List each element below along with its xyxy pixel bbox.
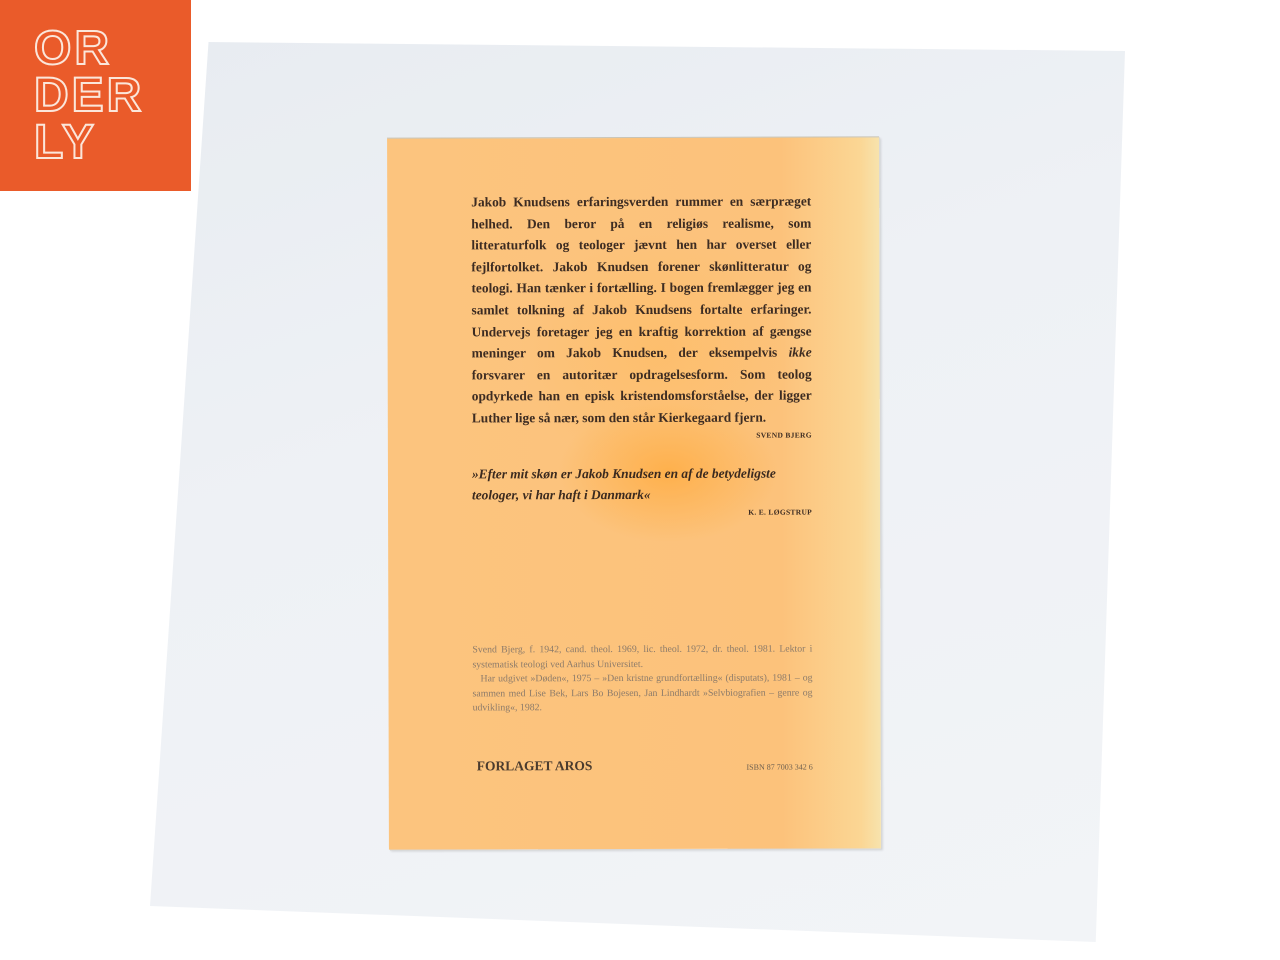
logo-line-2: DER: [34, 72, 191, 119]
product-photo: OR DER LY Jakob Knudsens erfaringsverden…: [0, 0, 1280, 960]
cover-footer: FORLAGET AROS ISBN 87 7003 342 6: [477, 758, 813, 775]
logo-line-3: LY: [34, 119, 191, 166]
blurb-section: Jakob Knudsens erfaringsverden rummer en…: [471, 191, 812, 518]
blurb-signature: SVEND BJERG: [472, 430, 812, 440]
blurb-part-1: Jakob Knudsens erfaringsverden rummer en…: [471, 194, 811, 361]
isbn: ISBN 87 7003 342 6: [746, 763, 812, 772]
publisher-name: FORLAGET AROS: [477, 758, 593, 774]
author-bio: Svend Bjerg, f. 1942, cand. theol. 1969,…: [472, 643, 812, 717]
quote-signature: K. E. LØGSTRUP: [472, 507, 812, 517]
blurb-part-2: forsvarer en autoritær opdragelsesform. …: [472, 366, 812, 425]
review-quote: »Efter mit skøn er Jakob Knudsen en af d…: [472, 462, 812, 506]
blurb-italic-word: ikke: [789, 345, 812, 360]
orderly-logo[interactable]: OR DER LY: [0, 0, 191, 191]
bio-line-2: Har udgivet »Døden«, 1975 – »Den kristne…: [472, 672, 812, 717]
blurb-text: Jakob Knudsens erfaringsverden rummer en…: [471, 191, 812, 429]
book-back-cover: Jakob Knudsens erfaringsverden rummer en…: [387, 136, 881, 849]
logo-line-1: OR: [34, 25, 191, 72]
bio-line-1: Svend Bjerg, f. 1942, cand. theol. 1969,…: [472, 643, 812, 673]
